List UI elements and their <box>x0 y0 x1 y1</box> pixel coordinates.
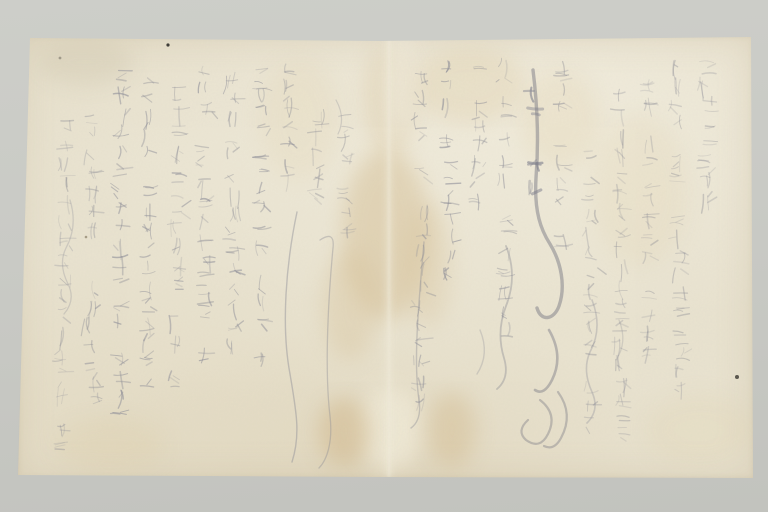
manuscript-paper <box>18 36 753 478</box>
photo-background <box>0 0 768 512</box>
